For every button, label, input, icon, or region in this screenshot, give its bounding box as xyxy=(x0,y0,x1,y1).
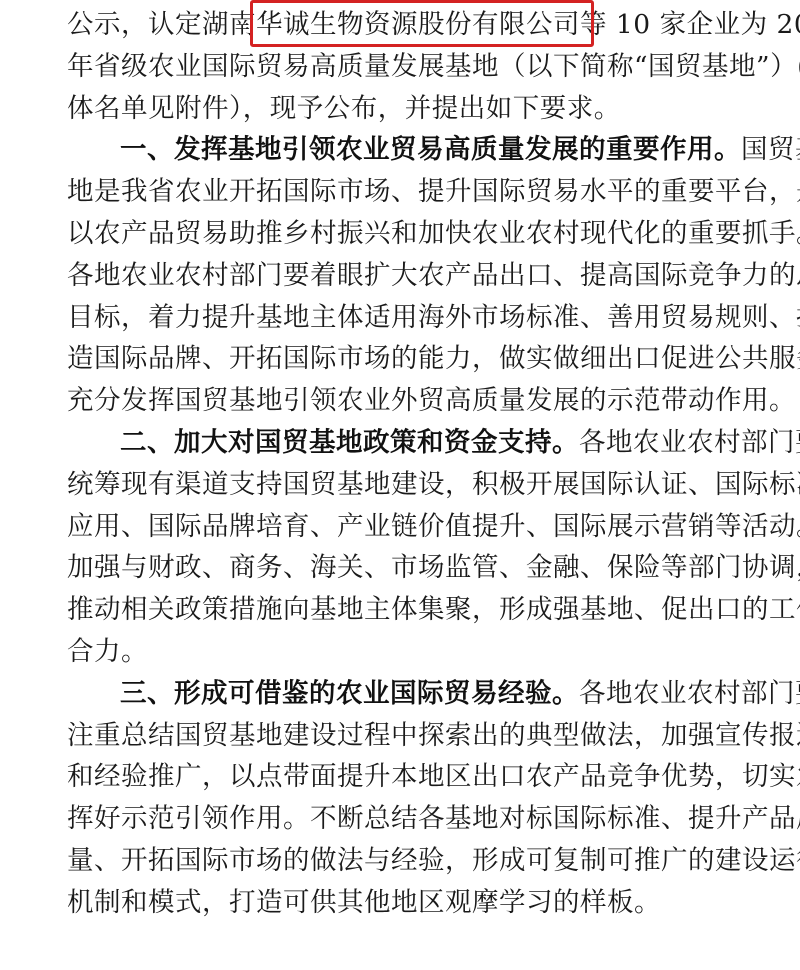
section-2-line: 应用、国际品牌培育、产业链价值提升、国际展示营销等活动。 xyxy=(67,506,747,548)
section-2-heading: 二、加大对国贸基地政策和资金支持。 xyxy=(120,427,579,458)
section-1-line: 造国际品牌、开拓国际市场的能力，做实做细出口促进公共服务， xyxy=(67,338,747,380)
section-3-line: 和经验推广，以点带面提升本地区出口农产品竞争优势，切实发 xyxy=(67,756,747,798)
intro-text-post: 等 10 家企业为 2022 xyxy=(580,9,800,40)
section-3-first-line-tail: 各地农业农村部门要 xyxy=(579,678,800,709)
highlighted-company-name: 湖南华诚生物资源股份有限公司 xyxy=(202,9,580,40)
section-3-line: 注重总结国贸基地建设过程中探索出的典型做法，加强宣传报道 xyxy=(67,715,747,757)
intro-line-2: 年省级农业国际贸易高质量发展基地（以下简称“国贸基地”）(具 xyxy=(67,46,747,88)
section-2-line: 推动相关政策措施向基地主体集聚，形成强基地、促出口的工作 xyxy=(67,589,747,631)
section-2-line: 统筹现有渠道支持国贸基地建设，积极开展国际认证、国际标准 xyxy=(67,464,747,506)
section-3-heading: 三、形成可借鉴的农业国际贸易经验。 xyxy=(120,678,579,709)
section-2-first-line-tail: 各地农业农村部门要 xyxy=(579,427,800,458)
document-page: 公示，认定湖南华诚生物资源股份有限公司等 10 家企业为 2022 年省级农业国… xyxy=(67,4,747,924)
section-1-first-line-tail: 国贸基 xyxy=(741,134,800,165)
section-1-line: 各地农业农村部门要着眼扩大农产品出口、提高国际竞争力的总 xyxy=(67,255,747,297)
section-1-heading: 一、发挥基地引领农业贸易高质量发展的重要作用。 xyxy=(120,134,741,165)
section-3: 三、形成可借鉴的农业国际贸易经验。各地农业农村部门要 注重总结国贸基地建设过程中… xyxy=(67,673,747,924)
section-3-line: 量、开拓国际市场的做法与经验，形成可复制可推广的建设运行 xyxy=(67,840,747,882)
section-2-line: 加强与财政、商务、海关、市场监管、金融、保险等部门协调， xyxy=(67,547,747,589)
section-2-line: 合力。 xyxy=(67,631,747,673)
section-3-line: 机制和模式，打造可供其他地区观摩学习的样板。 xyxy=(67,882,747,924)
intro-text-pre: 公示，认定 xyxy=(67,9,202,40)
intro-paragraph: 公示，认定湖南华诚生物资源股份有限公司等 10 家企业为 2022 年省级农业国… xyxy=(67,4,747,129)
section-3-first-line: 三、形成可借鉴的农业国际贸易经验。各地农业农村部门要 xyxy=(67,673,747,715)
section-1-line: 以农产品贸易助推乡村振兴和加快农业农村现代化的重要抓手。 xyxy=(67,213,747,255)
section-1: 一、发挥基地引领农业贸易高质量发展的重要作用。国贸基 地是我省农业开拓国际市场、… xyxy=(67,129,747,422)
section-2-first-line: 二、加大对国贸基地政策和资金支持。各地农业农村部门要 xyxy=(67,422,747,464)
section-1-line: 充分发挥国贸基地引领农业外贸高质量发展的示范带动作用。 xyxy=(67,380,747,422)
section-1-first-line: 一、发挥基地引领农业贸易高质量发展的重要作用。国贸基 xyxy=(67,129,747,171)
section-3-line: 挥好示范引领作用。不断总结各基地对标国际标准、提升产品质 xyxy=(67,798,747,840)
section-1-line: 目标，着力提升基地主体适用海外市场标准、善用贸易规则、打 xyxy=(67,297,747,339)
intro-line-1: 公示，认定湖南华诚生物资源股份有限公司等 10 家企业为 2022 xyxy=(67,4,747,46)
section-1-line: 地是我省农业开拓国际市场、提升国际贸易水平的重要平台，是 xyxy=(67,171,747,213)
intro-line-3: 体名单见附件），现予公布，并提出如下要求。 xyxy=(67,88,747,130)
section-2: 二、加大对国贸基地政策和资金支持。各地农业农村部门要 统筹现有渠道支持国贸基地建… xyxy=(67,422,747,673)
